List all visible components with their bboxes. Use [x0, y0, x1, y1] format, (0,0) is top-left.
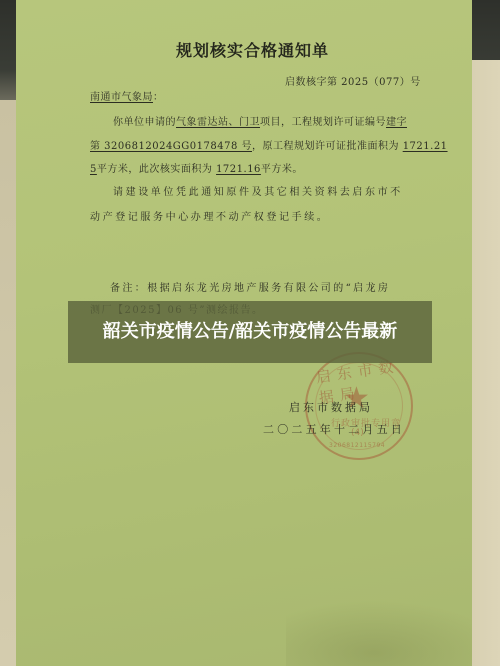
body-line-4: 请建设单位凭此通知原件及其它相关资料去启东市不	[113, 183, 403, 198]
permit-number: 第 3206812024GG0178478 号	[90, 141, 252, 152]
body-line-1: 你单位申请的气象雷达站、门卫项目，工程规划许可证编号建字	[113, 113, 407, 128]
body-line-3: 5平方米，此次核实面积为 1721.16平方米。	[90, 160, 303, 175]
approved-area-cont: 5	[90, 164, 97, 175]
document-title: 规划核实合格通知单	[176, 38, 329, 61]
issue-date: 二〇二五年十二月五日	[263, 421, 405, 437]
recipient: 南通市气象局：	[90, 88, 164, 103]
caption-text: 韶关市疫情公告/韶关市疫情公告最新	[78, 319, 422, 345]
body-text: 你单位申请的	[113, 117, 176, 128]
project-name: 气象雷达站、门卫	[176, 117, 260, 128]
permit-prefix: 建字	[386, 117, 407, 128]
recipient-suffix: ：	[153, 92, 164, 103]
note-line-1: 备注：根据启东龙光房地产服务有限公司的“启龙房	[110, 279, 390, 294]
issuer: 启东市数据局	[289, 399, 373, 415]
paper-shadow	[286, 600, 500, 666]
approved-area: 1721.21	[403, 141, 448, 152]
verified-area: 1721.16	[216, 164, 261, 175]
seal-code: 3206812115794	[329, 442, 385, 449]
body-text: 项目，工程规划许可证编号	[260, 117, 386, 128]
document-number: 启数核字第 2025（077）号	[285, 73, 421, 88]
body-text: 平方米，此次核实面积为	[97, 164, 216, 175]
body-line-2: 第 3206812024GG0178478 号，原工程规划许可证批准面积为 17…	[90, 137, 448, 152]
recipient-name: 南通市气象局	[90, 92, 153, 103]
body-text: 平方米。	[261, 164, 303, 175]
body-line-5: 动产登记服务中心办理不动产权登记手续。	[90, 208, 329, 223]
caption-banner: 韶关市疫情公告/韶关市疫情公告最新	[68, 301, 432, 363]
body-text: ，原工程规划许可证批准面积为	[252, 141, 403, 152]
